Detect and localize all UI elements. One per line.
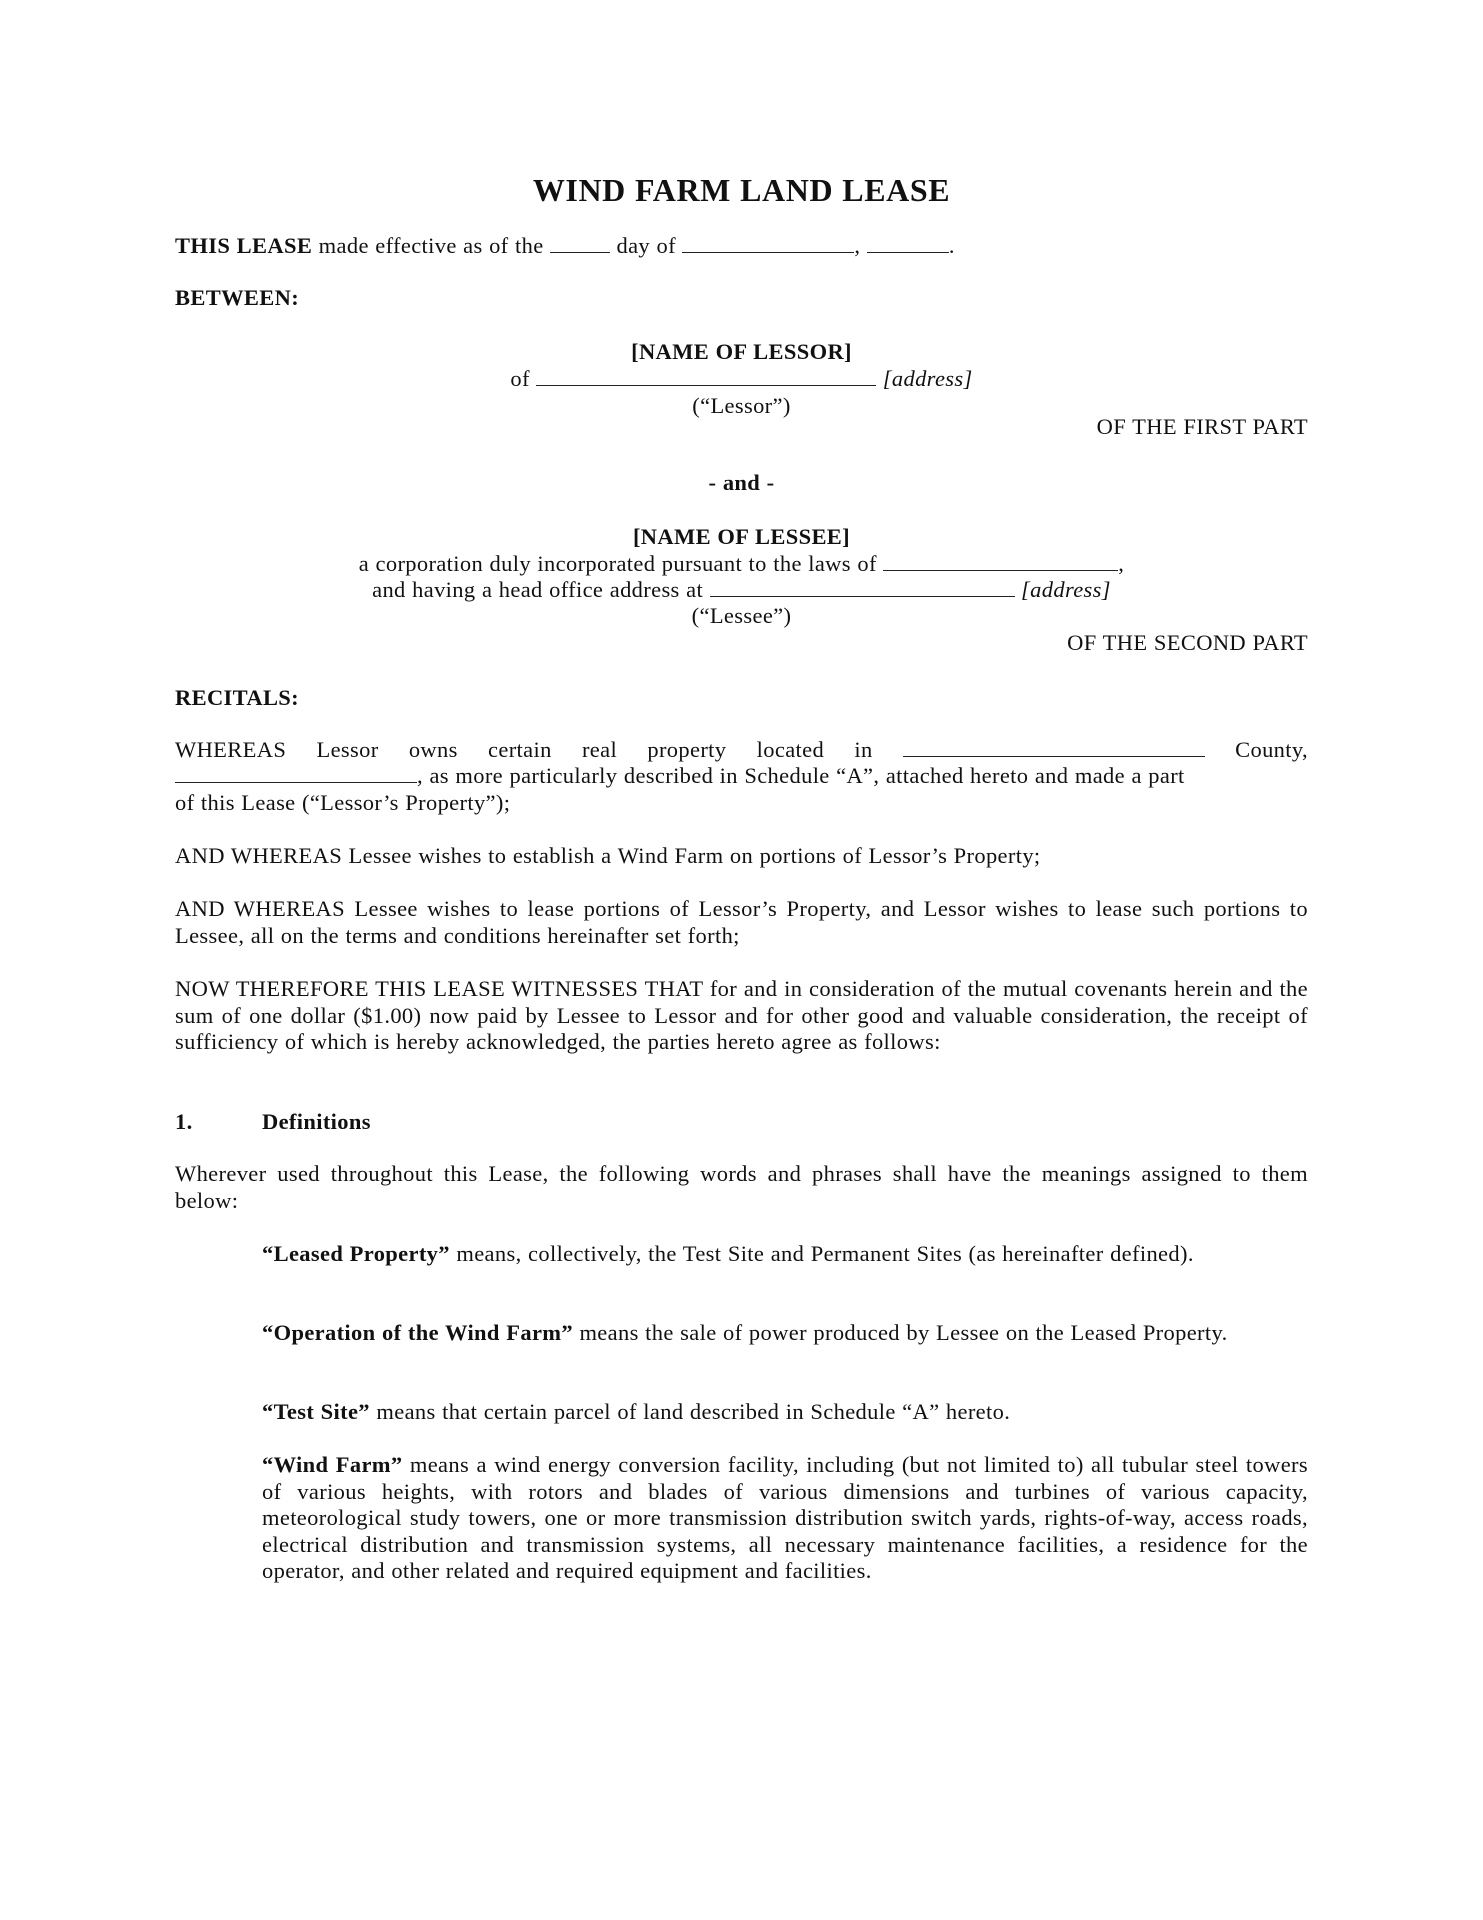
year-blank[interactable]	[867, 234, 949, 253]
definition-term: “Test Site”	[262, 1399, 370, 1424]
whereas-3: AND WHEREAS Lessee wishes to lease porti…	[175, 896, 1308, 949]
lessor-name: [NAME OF LESSOR]	[0, 339, 1483, 366]
definition-term: “Operation of the Wind Farm”	[262, 1320, 573, 1345]
recitals-heading: RECITALS:	[175, 685, 299, 712]
first-part-label: OF THE FIRST PART	[1097, 414, 1308, 441]
preamble-text-1: made effective as of the	[312, 233, 550, 258]
lessor-of-label: of	[510, 366, 536, 391]
whereas-2: AND WHEREAS Lessee wishes to establish a…	[175, 843, 1041, 870]
lessee-head-office-text: and having a head office address at	[372, 577, 709, 602]
county-blank[interactable]	[903, 738, 1205, 757]
whereas-1-line-3: of this Lease (“Lessor’s Property”);	[175, 790, 510, 817]
lessor-address-note: [address]	[876, 366, 972, 391]
preamble-line: THIS LEASE made effective as of the day …	[175, 233, 955, 260]
preamble-lead: THIS LEASE	[175, 233, 312, 258]
second-part-label: OF THE SECOND PART	[1067, 630, 1308, 657]
definition-term: “Wind Farm”	[262, 1452, 402, 1477]
lessee-name: [NAME OF LESSEE]	[0, 524, 1483, 551]
definition-test-site: “Test Site” means that certain parcel of…	[262, 1399, 1308, 1426]
lessee-address-blank[interactable]	[710, 578, 1015, 597]
lessee-incorporation-text: a corporation duly incorporated pursuant…	[359, 551, 884, 576]
county-label: County,	[1235, 737, 1308, 762]
lessee-incorporation-end: ,	[1118, 551, 1124, 576]
definition-leased-property: “Leased Property” means, collectively, t…	[262, 1241, 1308, 1268]
definition-operation-of-wind-farm: “Operation of the Wind Farm” means the s…	[262, 1320, 1308, 1347]
definition-text: means that certain parcel of land descri…	[370, 1399, 1010, 1424]
lessee-incorporation-line: a corporation duly incorporated pursuant…	[0, 551, 1483, 578]
whereas-1-line-1-text: WHEREAS Lessor owns certain real propert…	[175, 737, 873, 762]
day-blank[interactable]	[550, 234, 610, 253]
jurisdiction-blank[interactable]	[883, 552, 1118, 571]
lessee-defined-as: (“Lessee”)	[0, 603, 1483, 630]
preamble-text-2: day of	[610, 233, 682, 258]
definitions-intro: Wherever used throughout this Lease, the…	[175, 1161, 1308, 1214]
preamble-text-4: .	[949, 233, 955, 258]
definition-text: means the sale of power produced by Less…	[573, 1320, 1228, 1345]
definition-wind-farm: “Wind Farm” means a wind energy conversi…	[262, 1452, 1308, 1585]
whereas-1-line-2: , as more particularly described in Sche…	[175, 763, 1185, 790]
and-separator: - and -	[0, 470, 1483, 497]
whereas-1-line-2-text: , as more particularly described in Sche…	[417, 763, 1185, 788]
definition-text: means a wind energy conversion facility,…	[262, 1452, 1308, 1583]
definition-term: “Leased Property”	[262, 1241, 450, 1266]
preamble-text-3: ,	[854, 233, 866, 258]
section-1-number: 1.	[175, 1109, 193, 1136]
whereas-1-line-1: WHEREAS Lessor owns certain real propert…	[175, 737, 1308, 764]
lessor-address-blank[interactable]	[536, 367, 876, 386]
document-page: WIND FARM LAND LEASE THIS LEASE made eff…	[0, 0, 1483, 1920]
month-blank[interactable]	[682, 234, 854, 253]
section-1-heading: Definitions	[262, 1109, 371, 1136]
lessor-address-line: of [address]	[0, 366, 1483, 393]
state-blank[interactable]	[175, 764, 417, 783]
lessee-address-note: [address]	[1015, 577, 1111, 602]
lessee-head-office-line: and having a head office address at [add…	[0, 577, 1483, 604]
now-therefore: NOW THEREFORE THIS LEASE WITNESSES THAT …	[175, 976, 1308, 1056]
definition-text: means, collectively, the Test Site and P…	[450, 1241, 1194, 1266]
between-label: BETWEEN:	[175, 285, 299, 312]
document-title: WIND FARM LAND LEASE	[0, 170, 1483, 210]
